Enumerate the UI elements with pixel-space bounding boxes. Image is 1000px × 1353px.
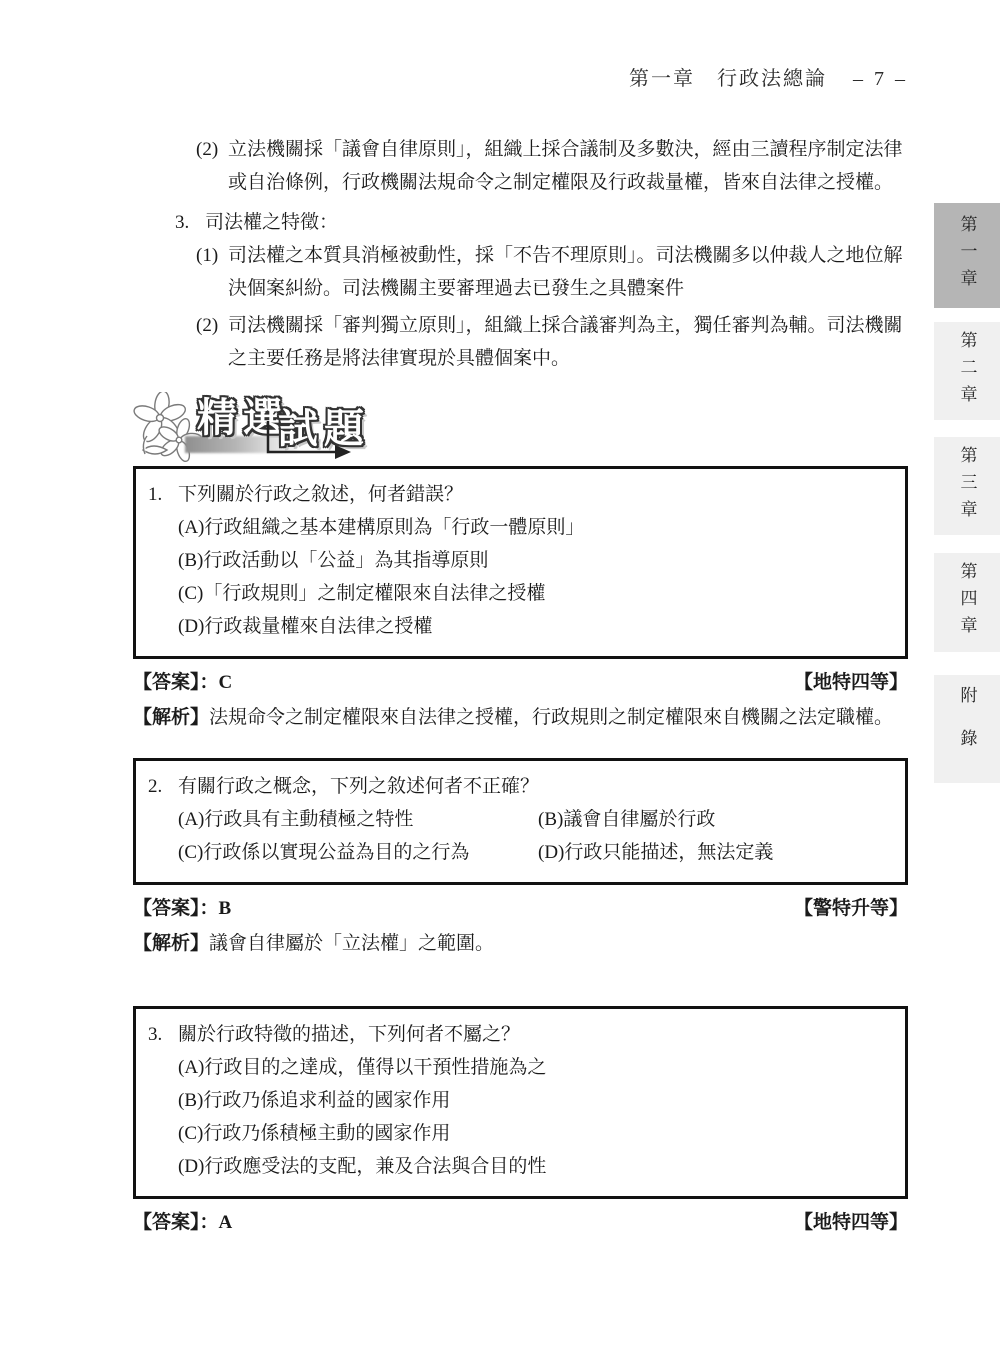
option-a: (A)行政組織之基本建構原則為「行政一體原則」 <box>178 511 893 544</box>
option-c: (C)行政乃係積極主動的國家作用 <box>178 1117 893 1150</box>
question-number: 1. <box>148 478 178 511</box>
option-a: (A)行政具有主動積極之特性 <box>178 803 538 836</box>
exam-source-badge: 【地特四等】 <box>794 666 908 699</box>
chapter-tab-index: 第一章 第二章 第三章 第四章 附錄 <box>933 0 1000 1353</box>
sidebar-tab-chapter-4: 第四章 <box>934 553 1000 652</box>
question-text: 關於行政特徵的描述，下列何者不屬之？ <box>178 1018 520 1051</box>
tab-label: 附錄 <box>955 686 980 772</box>
tab-label: 第三章 <box>955 446 980 527</box>
question-options: (A)行政目的之達成，僅得以干預性措施為之 (B)行政乃係追求利益的國家作用 (… <box>148 1051 893 1183</box>
sidebar-tab-chapter-2: 第二章 <box>934 322 1000 420</box>
question-box-2: 2. 有關行政之概念，下列之敘述何者不正確？ (A)行政具有主動積極之特性 (B… <box>133 758 908 885</box>
page-number: – 7 – <box>853 68 908 91</box>
list-item: (2) 立法機關採「議會自律原則」，組織上採合議制及多數決，經由三讀程序制定法律… <box>196 133 908 199</box>
list-item-title: 司法權之特徵： <box>205 206 338 239</box>
question-number: 2. <box>148 770 178 803</box>
option-d: (D)行政只能描述，無法定義 <box>538 836 893 869</box>
question-stem: 2. 有關行政之概念，下列之敘述何者不正確？ <box>148 770 893 803</box>
list-item-number: (2) <box>196 309 228 342</box>
answer-letter: A <box>219 1212 233 1233</box>
option-c: (C)行政係以實現公益為目的之行為 <box>178 836 538 869</box>
answer-letter: B <box>219 898 232 919</box>
list-item-number: 3. <box>175 206 205 239</box>
answer-label: 【答案】： <box>133 672 219 693</box>
question-stem: 1. 下列關於行政之敘述，何者錯誤？ <box>148 478 893 511</box>
explanation-1: 【解析】法規命令之制定權限來自法律之授權，行政規則之制定權限來自機關之法定職權。 <box>133 701 908 734</box>
answer-row-1: 【答案】：C 【地特四等】 <box>133 666 908 699</box>
explanation-label: 【解析】 <box>133 707 209 728</box>
explanation-2: 【解析】議會自律屬於「立法權」之範圍。 <box>133 927 908 960</box>
answer-label: 【答案】： <box>133 898 219 919</box>
exam-source-badge: 【警特升等】 <box>794 892 908 925</box>
explanation-text: 議會自律屬於「立法權」之範圍。 <box>209 933 494 954</box>
question-text: 有關行政之概念，下列之敘述何者不正確？ <box>178 770 539 803</box>
sidebar-tab-appendix: 附錄 <box>934 675 1000 783</box>
question-box-3: 3. 關於行政特徵的描述，下列何者不屬之？ (A)行政目的之達成，僅得以干預性措… <box>133 1006 908 1199</box>
tab-label: 第二章 <box>955 331 980 412</box>
option-d: (D)行政應受法的支配，兼及合法與合目的性 <box>178 1150 893 1183</box>
question-text: 下列關於行政之敘述，何者錯誤？ <box>178 478 463 511</box>
answer-value: 【答案】：A <box>133 1206 232 1239</box>
exam-source-badge: 【地特四等】 <box>794 1206 908 1239</box>
answer-row-3: 【答案】：A 【地特四等】 <box>133 1206 908 1239</box>
sidebar-tab-chapter-1: 第一章 <box>934 203 1000 308</box>
answer-row-2: 【答案】：B 【警特升等】 <box>133 892 908 925</box>
explanation-label: 【解析】 <box>133 933 209 954</box>
option-a: (A)行政目的之達成，僅得以干預性措施為之 <box>178 1051 893 1084</box>
question-number: 3. <box>148 1018 178 1051</box>
question-box-1: 1. 下列關於行政之敘述，何者錯誤？ (A)行政組織之基本建構原則為「行政一體原… <box>133 466 908 659</box>
main-content: (2) 立法機關採「議會自律原則」，組織上採合議制及多數決，經由三讀程序制定法律… <box>133 133 908 1239</box>
book-page: 第一章 行政法總論 – 7 – (2) 立法機關採「議會自律原則」，組織上採合議… <box>0 0 1000 1353</box>
banner-word-2: 試題 <box>278 409 370 449</box>
answer-value: 【答案】：B <box>133 892 231 925</box>
question-stem: 3. 關於行政特徵的描述，下列何者不屬之？ <box>148 1018 893 1051</box>
sidebar-tab-chapter-3: 第三章 <box>934 437 1000 535</box>
tab-label: 第一章 <box>955 215 980 296</box>
list-item: (2) 司法機關採「審判獨立原則」，組織上採合議審判為主，獨任審判為輔。司法機關… <box>196 309 908 375</box>
list-item: (1) 司法權之本質具消極被動性，採「不告不理原則」。司法機關多以仲裁人之地位解… <box>196 239 908 305</box>
option-d: (D)行政裁量權來自法律之授權 <box>178 610 893 643</box>
option-b: (B)行政乃係追求利益的國家作用 <box>178 1084 893 1117</box>
list-item-text: 司法權之本質具消極被動性，採「不告不理原則」。司法機關多以仲裁人之地位解決個案糾… <box>228 239 908 305</box>
section-banner: 精選 試題 <box>133 394 908 466</box>
list-item-text: 司法機關採「審判獨立原則」，組織上採合議審判為主，獨任審判為輔。司法機關之主要任… <box>228 309 908 375</box>
flower-icon <box>133 392 207 468</box>
answer-value: 【答案】：C <box>133 666 232 699</box>
list-item-text: 立法機關採「議會自律原則」，組織上採合議制及多數決，經由三讀程序制定法律或自治條… <box>228 133 908 199</box>
answer-letter: C <box>219 672 233 693</box>
option-b: (B)議會自律屬於行政 <box>538 803 893 836</box>
question-options: (A)行政具有主動積極之特性 (B)議會自律屬於行政 (C)行政係以實現公益為目… <box>148 803 893 869</box>
page-header: 第一章 行政法總論 – 7 – <box>133 62 908 91</box>
explanation-text: 法規命令之制定權限來自法律之授權，行政規則之制定權限來自機關之法定職權。 <box>209 707 893 728</box>
option-c: (C)「行政規則」之制定權限來自法律之授權 <box>178 577 893 610</box>
question-options: (A)行政組織之基本建構原則為「行政一體原則」 (B)行政活動以「公益」為其指導… <box>148 511 893 643</box>
list-item-number: (2) <box>196 133 228 166</box>
option-b: (B)行政活動以「公益」為其指導原則 <box>178 544 893 577</box>
chapter-title: 第一章 行政法總論 <box>629 62 827 91</box>
list-item-number: (1) <box>196 239 228 272</box>
tab-label: 第四章 <box>955 562 980 643</box>
answer-label: 【答案】： <box>133 1212 219 1233</box>
list-item: 3. 司法權之特徵： <box>175 206 908 239</box>
